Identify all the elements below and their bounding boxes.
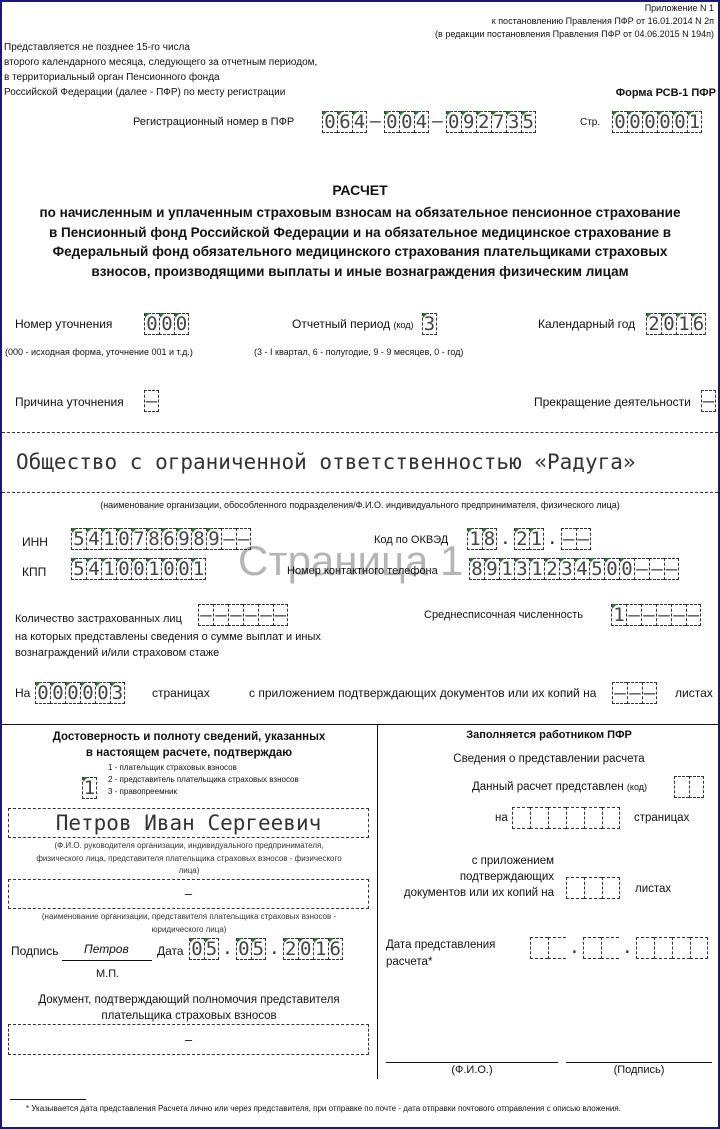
digit-cell[interactable]: 1 xyxy=(101,558,116,580)
pfr-section-subtitle: Сведения о представлении расчета xyxy=(378,753,720,765)
digit-cell[interactable]: – xyxy=(576,528,591,550)
digit-cell[interactable]: 7 xyxy=(131,528,146,550)
inn-label: ИНН xyxy=(22,535,48,549)
avg-label: Среднесписочная численность xyxy=(424,609,583,621)
digit-cell[interactable]: – xyxy=(642,682,657,704)
digit-cell[interactable]: – xyxy=(221,528,236,550)
decree-label: к постановлению Правления ПФР от 16.01.2… xyxy=(492,16,714,26)
avg-count-field[interactable]: 1––––– xyxy=(611,604,701,626)
digit-cell[interactable]: – xyxy=(634,558,649,580)
pfr-pages-field[interactable] xyxy=(512,807,620,829)
digit-cell[interactable]: – xyxy=(561,528,576,550)
digit-cell[interactable]: 4 xyxy=(574,558,589,580)
digit-cell[interactable]: 0 xyxy=(50,682,65,704)
digit-cell[interactable]: – xyxy=(198,604,213,626)
digit-cell[interactable]: 0 xyxy=(399,111,414,133)
digit-cell[interactable]: 0 xyxy=(322,111,337,133)
digit-cell[interactable]: 2 xyxy=(283,938,298,960)
digit-cell[interactable]: 2 xyxy=(514,528,529,550)
digit-cell[interactable]: 1 xyxy=(467,528,482,550)
digit-cell[interactable]: – xyxy=(273,604,288,626)
digit-cell[interactable]: 0 xyxy=(604,558,619,580)
year-label: Календарный год xyxy=(538,317,635,331)
digit-cell[interactable]: 0 xyxy=(116,558,131,580)
okved-field[interactable]: 18. 21. –– xyxy=(467,528,591,550)
phone-label: Номер контактного телефона xyxy=(287,565,438,577)
digit-cell[interactable]: 9 xyxy=(206,528,221,550)
pfr-attach-field[interactable] xyxy=(566,877,620,899)
reason-label: Причина уточнения xyxy=(15,395,124,409)
pfr-fio-line xyxy=(386,1062,558,1063)
pfr-attach-suffix: листах xyxy=(635,883,671,895)
attach-count-field[interactable]: ––– xyxy=(612,682,657,704)
digit-cell[interactable]: 0 xyxy=(144,313,159,335)
digit-cell[interactable]: – xyxy=(144,390,159,412)
org-line-top xyxy=(2,432,718,433)
digit-cell[interactable]: – xyxy=(671,604,686,626)
digit-cell[interactable]: 9 xyxy=(461,111,476,133)
digit-cell[interactable]: 1 xyxy=(529,558,544,580)
correction-number-field[interactable]: 000 xyxy=(144,313,189,335)
year-field[interactable]: 2016 xyxy=(646,313,706,335)
signature-value[interactable]: Петров xyxy=(84,942,129,956)
document-subtitle: по начисленным и уплаченным страховым вз… xyxy=(0,203,720,281)
digit-cell[interactable]: 5 xyxy=(204,938,219,960)
digit-cell[interactable]: 6 xyxy=(337,111,352,133)
termination-label: Прекращение деятельности xyxy=(534,395,691,409)
pfr-code-field[interactable] xyxy=(674,776,704,798)
digit-cell[interactable]: 0 xyxy=(176,558,191,580)
digit-cell[interactable]: 2 xyxy=(544,558,559,580)
digit-cell[interactable]: 5 xyxy=(71,558,86,580)
digit-cell[interactable]: 5 xyxy=(71,528,86,550)
digit-cell[interactable]: 3 xyxy=(506,111,521,133)
pfr-sign-caption: (Подпись) xyxy=(566,1064,712,1076)
digit-cell[interactable]: 0 xyxy=(642,111,657,133)
digit-cell[interactable]: 0 xyxy=(657,111,672,133)
digit-cell[interactable]: 0 xyxy=(116,528,131,550)
digit-cell[interactable]: – xyxy=(228,604,243,626)
signature-label: Подпись xyxy=(11,944,59,958)
digit-cell[interactable]: 1 xyxy=(676,313,691,335)
digit-cell[interactable]: 7 xyxy=(491,111,506,133)
digit-cell[interactable]: 4 xyxy=(86,528,101,550)
attach-suffix: листах xyxy=(675,686,713,700)
digit-cell[interactable]: 1 xyxy=(82,777,97,799)
kpp-label: КПП xyxy=(22,565,46,579)
digit-cell[interactable]: 0 xyxy=(298,938,313,960)
digit-cell[interactable]: 8 xyxy=(482,528,497,550)
digit-cell[interactable]: 1 xyxy=(191,558,206,580)
digit-cell[interactable]: – xyxy=(626,604,641,626)
page-number-field[interactable]: 000001 xyxy=(612,111,702,133)
digit-cell[interactable]: 0 xyxy=(65,682,80,704)
digit-cell[interactable]: 2 xyxy=(646,313,661,335)
pfr-section-title: Заполняется работником ПФР xyxy=(378,729,720,741)
signer-caption: (Ф.И.О. руководителя организации, индиви… xyxy=(0,840,378,878)
digit-cell[interactable]: 4 xyxy=(352,111,367,133)
digit-cell[interactable]: 6 xyxy=(691,313,706,335)
digit-cell[interactable]: 1 xyxy=(499,558,514,580)
pfr-pages-suffix: страницах xyxy=(634,812,689,824)
digit-cell[interactable]: 0 xyxy=(174,313,189,335)
digit-cell[interactable]: 0 xyxy=(95,682,110,704)
digit-cell[interactable]: 0 xyxy=(161,558,176,580)
termination-field[interactable]: – xyxy=(701,390,716,412)
digit-cell[interactable]: 5 xyxy=(521,111,536,133)
pfr-sign-line xyxy=(566,1062,712,1063)
reg-number-field[interactable]: 064 – 004 – 092735 xyxy=(322,111,536,133)
digit-cell[interactable]: 0 xyxy=(661,313,676,335)
authority-doc-field[interactable]: – xyxy=(8,1024,369,1055)
digit-cell[interactable]: 6 xyxy=(161,528,176,550)
digit-cell[interactable]: 6 xyxy=(328,938,343,960)
correction-label: Номер уточнения xyxy=(15,317,112,331)
digit-cell[interactable]: – xyxy=(258,604,273,626)
digit-cell[interactable]: 3 xyxy=(110,682,125,704)
digit-cell[interactable]: 3 xyxy=(514,558,529,580)
pages-prefix: На xyxy=(15,686,30,700)
digit-cell[interactable]: 0 xyxy=(236,938,251,960)
digit-cell[interactable]: 0 xyxy=(189,938,204,960)
signer-name-field[interactable]: Петров Иван Сергеевич xyxy=(8,808,369,838)
digit-cell[interactable]: 5 xyxy=(589,558,604,580)
digit-cell[interactable]: – xyxy=(236,528,251,550)
insured-label: Количество застрахованных лиц xyxy=(15,613,182,625)
pfr-fio-caption: (Ф.И.О.) xyxy=(386,1064,558,1076)
digit-cell[interactable]: 3 xyxy=(422,313,437,335)
period-hint: (3 - I квартал, 6 - полугодие, 9 - 9 мес… xyxy=(254,347,463,357)
digit-cell[interactable]: 0 xyxy=(672,111,687,133)
digit-cell[interactable]: 4 xyxy=(414,111,429,133)
digit-cell[interactable]: 0 xyxy=(384,111,399,133)
section-divider xyxy=(2,724,718,725)
pfr-date-label: Дата представления расчета* xyxy=(386,937,495,971)
digit-cell[interactable]: 0 xyxy=(446,111,461,133)
digit-cell[interactable]: – xyxy=(649,558,664,580)
representative-org-field[interactable]: – xyxy=(8,879,369,909)
pages-suffix: страницах xyxy=(152,686,210,700)
pages-count-field[interactable]: 000003 xyxy=(35,682,125,704)
period-field[interactable]: 3 xyxy=(422,313,437,335)
pfr-attach-label: с приложением подтверждающих документов … xyxy=(404,853,554,901)
page-label: Стр. xyxy=(580,117,600,128)
confirm-options: 1 - плательщик страховых взносов 2 - пре… xyxy=(108,762,299,798)
sign-date-field[interactable]: 05. 05. 2016 xyxy=(189,938,343,960)
digit-cell[interactable]: 3 xyxy=(559,558,574,580)
submit-note: Представляется не позднее 15-го числа вт… xyxy=(4,40,317,100)
signature-line xyxy=(62,960,152,961)
representative-org-caption: (наименование организации, представителя… xyxy=(0,911,378,936)
confirm-title: Достоверность и полноту сведений, указан… xyxy=(0,729,378,761)
digit-cell[interactable]: 0 xyxy=(612,111,627,133)
digit-cell[interactable]: – xyxy=(627,682,642,704)
reason-field[interactable]: – xyxy=(144,390,159,412)
column-divider xyxy=(377,724,378,1079)
footnote-rule xyxy=(10,1099,86,1100)
date-label: Дата xyxy=(157,944,184,958)
stamp-label: М.П. xyxy=(96,968,119,980)
organization-name[interactable]: Общество с ограниченной ответственностью… xyxy=(16,450,636,474)
form-name: Форма РСВ-1 ПФР xyxy=(616,87,716,99)
digit-cell[interactable]: 9 xyxy=(176,528,191,550)
digit-cell[interactable]: – xyxy=(686,604,701,626)
correction-hint: (000 - исходная форма, уточнение 001 и т… xyxy=(5,347,193,357)
kpp-field[interactable]: 541001001 xyxy=(71,558,206,580)
digit-cell[interactable]: – xyxy=(656,604,671,626)
pfr-pages-prefix: на xyxy=(495,812,508,824)
digit-cell[interactable]: 4 xyxy=(86,558,101,580)
digit-cell[interactable]: 2 xyxy=(476,111,491,133)
insured-count-field[interactable]: –––––– xyxy=(198,604,288,626)
digit-cell[interactable]: 0 xyxy=(35,682,50,704)
digit-cell[interactable]: – xyxy=(213,604,228,626)
digit-cell[interactable]: 8 xyxy=(146,528,161,550)
digit-cell[interactable]: 1 xyxy=(313,938,328,960)
digit-cell[interactable]: 1 xyxy=(101,528,116,550)
digit-cell[interactable]: 0 xyxy=(159,313,174,335)
revision-label: (в редакции постановления Правления ПФР … xyxy=(435,29,714,39)
authority-doc-label: Документ, подтверждающий полномочия пред… xyxy=(0,992,378,1024)
digit-cell[interactable]: – xyxy=(664,558,679,580)
digit-cell[interactable]: 0 xyxy=(619,558,634,580)
digit-cell[interactable]: – xyxy=(701,390,716,412)
digit-cell[interactable]: 0 xyxy=(131,558,146,580)
digit-cell[interactable]: 8 xyxy=(469,558,484,580)
digit-cell[interactable]: 5 xyxy=(251,938,266,960)
digit-cell[interactable]: – xyxy=(641,604,656,626)
digit-cell[interactable]: – xyxy=(243,604,258,626)
period-label: Отчетный период (код) xyxy=(292,317,414,331)
digit-cell[interactable]: 1 xyxy=(687,111,702,133)
digit-cell[interactable]: 1 xyxy=(611,604,626,626)
okved-label: Код по ОКВЭД xyxy=(374,534,448,546)
pfr-code-label: Данный расчет представлен (код) xyxy=(472,781,647,793)
digit-cell[interactable]: 0 xyxy=(627,111,642,133)
document-title: РАСЧЕТ xyxy=(0,182,720,198)
appendix-label: Приложение N 1 xyxy=(645,3,714,13)
digit-cell[interactable]: 1 xyxy=(529,528,544,550)
digit-cell[interactable]: 8 xyxy=(191,528,206,550)
insured-note: на которых представлены сведения о сумме… xyxy=(15,629,321,661)
digit-cell[interactable]: 1 xyxy=(146,558,161,580)
org-line-bottom xyxy=(2,492,718,493)
inn-field[interactable]: 5410786989–– xyxy=(71,528,251,550)
digit-cell[interactable]: 0 xyxy=(80,682,95,704)
attach-label: с приложением подтверждающих документов … xyxy=(249,686,596,700)
digit-cell[interactable]: – xyxy=(612,682,627,704)
phone-field[interactable]: 89131234500––– xyxy=(469,558,679,580)
organization-caption: (наименование организации, обособленного… xyxy=(0,500,720,510)
reg-number-label: Регистрационный номер в ПФР xyxy=(133,116,294,128)
digit-cell[interactable]: 9 xyxy=(484,558,499,580)
footnote: * Указывается дата представления Расчета… xyxy=(4,1103,716,1115)
pfr-date-field[interactable]: . . xyxy=(530,937,708,959)
confirm-code-field[interactable]: 1 xyxy=(82,777,97,799)
